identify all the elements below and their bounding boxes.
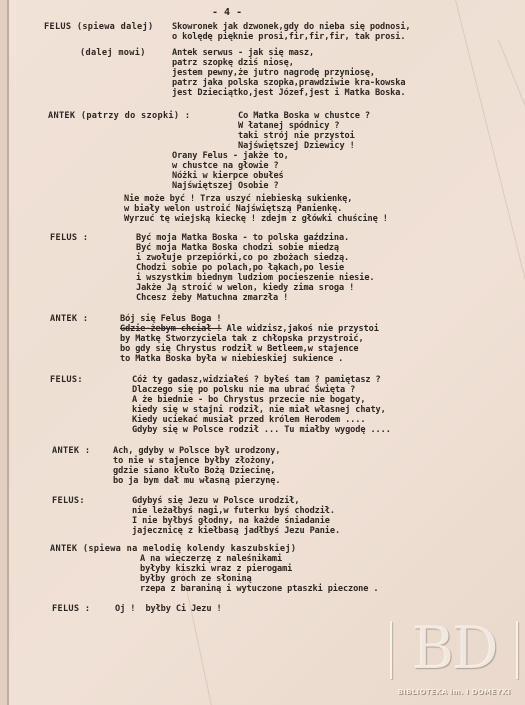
verse-line: jest Dzieciątko,jest Józef,jest i Matka … — [172, 88, 405, 98]
verse-line: A że biednie - bo Chrystus przecie nie b… — [132, 395, 365, 405]
verse-line: Nie może być ! Trza uszyć niebieską suki… — [124, 194, 352, 204]
verse-line: Kiedy uciekać musiał przed królem Herode… — [132, 415, 365, 425]
speaker-label: FELUS : — [52, 604, 90, 614]
verse-line: jajecznicę z kiełbasą jadłbyś Jezu Panie… — [132, 526, 340, 536]
verse-line: patrz jaka polska szopka,prawdziwie kra-… — [172, 78, 405, 88]
verse-line: bo gdy się Chrystus rodził w Betleem,w s… — [120, 344, 358, 354]
speaker-label: FELUS: — [52, 496, 85, 506]
verse-line: i wszystkim biednym ludziom pocieszenie … — [136, 273, 374, 283]
paper-crease — [455, 0, 525, 320]
verse-line: to nie w stajence byłby złożony, — [113, 456, 275, 466]
verse-line: Jakże Ją stroić w welon, kiedy zima srog… — [136, 283, 354, 293]
library-watermark: BD BIBLIOTEKA im. I DOMEYKI — [388, 615, 520, 703]
verse-line: Cóż ty gadasz,widziałeś ? byłeś tam ? pa… — [132, 375, 381, 385]
speaker-label: ANTEK (spiewa na melodię kolendy kaszubs… — [50, 544, 296, 554]
verse-line: Skowronek jak dzwonek,gdy do nieba się p… — [172, 22, 410, 32]
speaker-label: FELUS : — [50, 233, 88, 243]
verse-line: nie leżałbyś nagi,w futerku byś chodził. — [132, 506, 335, 516]
speaker-label: (dalej mowi) — [80, 48, 146, 58]
speaker-label: FELUS (spiewa dalej) — [44, 22, 153, 32]
verse-line: i zwołuje przepiórki,co po zbożach siedz… — [136, 253, 349, 263]
verse-line: Dlaczego się po polsku nie ma ubrać Świę… — [132, 385, 355, 395]
verse-line: byłby groch ze słoniną — [140, 574, 252, 584]
verse-line: Chcesz żeby Matuchna zmarzła ! — [136, 293, 288, 303]
struck-text: Gdzie-żebym chciał ! — [120, 324, 221, 334]
speaker-label: FELUS: — [50, 375, 83, 385]
verse-line: A na wieczerzę z naleśnikami — [140, 554, 282, 564]
verse-line: Wyrzuć tę wiejską kieckę ! zdejm z główk… — [124, 214, 388, 224]
verse-line: Gdyby się w Polsce rodził ... Tu miałby … — [132, 425, 391, 435]
watermark-logo-text: BD — [398, 615, 510, 681]
verse-line: Najświętszej Dziewicy ! — [238, 141, 355, 151]
document-page: - 4 - FELUS (spiewa dalej)Skowronek jak … — [0, 0, 525, 705]
verse-line: Ach, gdyby w Polsce był urodzony, — [113, 446, 280, 456]
verse-line: Orany Felus - jakże to, — [172, 151, 289, 161]
page-fold-line — [7, 0, 9, 705]
verse-line: Co Matka Boska w chustce ? — [238, 111, 370, 121]
page-number: - 4 - — [212, 7, 242, 18]
page-margin-shade — [0, 0, 7, 705]
verse-line: w biały welon ustroić Najświętszą Panien… — [124, 204, 342, 214]
logo-bar-right — [516, 621, 518, 679]
verse-line: patrz szopkę dziś niosę, — [172, 58, 294, 68]
speaker-label: ANTEK : — [50, 314, 88, 324]
logo-bar-left — [390, 621, 392, 679]
verse-line: Bój się Felus Boga ! — [120, 314, 221, 324]
verse-line: bo ja bym dał mu własną pierzynę. — [113, 476, 280, 486]
watermark-caption: BIBLIOTEKA im. I DOMEYKI — [388, 688, 520, 696]
verse-line: gdzie siano kłuło Bożą Dziecinę, — [113, 466, 275, 476]
verse-line: Gdybyś się Jezu w Polsce urodził, — [132, 496, 299, 506]
verse-line: Najświętszej Osobie ? — [172, 181, 279, 191]
verse-line: Chodzi sobie po polach,po łąkach,po lesi… — [136, 263, 344, 273]
verse-line: Antek serwus - jak się masz, — [172, 48, 314, 58]
verse-line: Być moja Matka Boska chodzi sobie miedzą — [136, 243, 339, 253]
verse-line: Oj ! byłby Ci Jezu ! — [115, 604, 222, 614]
speaker-label: ANTEK (patrzy do szopki) : — [48, 111, 190, 121]
verse-line: taki strój nie przystoi — [238, 131, 355, 141]
verse-line: o kolędę pięknie prosi,fir,fir,fir, tak … — [172, 32, 405, 42]
verse-line: to Matka Boska była w niebieskiej sukien… — [120, 354, 343, 364]
verse-line: rzepa z baraniną i wytuczone ptaszki pie… — [140, 584, 378, 594]
verse-line: Być moja Matka Boska - to polska gaździn… — [136, 233, 349, 243]
verse-line: I nie byłbyś głodny, na każde śniadanie — [132, 516, 330, 526]
verse-line: Gdzie-żebym chciał ! Ale widzisz,jakoś n… — [120, 324, 379, 334]
verse-line: by Matkę Stworzyciela tak z chłopska prz… — [120, 334, 364, 344]
verse-line: kiedy się w stajni rodził, nie miał włas… — [132, 405, 386, 415]
verse-line: byłyby kiszki wraz z pierogami — [140, 564, 292, 574]
verse-line: jestem pewny,że jutro nagrodę przyniosę, — [172, 68, 375, 78]
verse-line: W łatanej spódnicy ? — [238, 121, 339, 131]
verse-line: Nóżki w kierpce obułeś — [172, 171, 284, 181]
verse-line: w chustce na głowie ? — [172, 161, 279, 171]
speaker-label: ANTEK : — [52, 446, 90, 456]
